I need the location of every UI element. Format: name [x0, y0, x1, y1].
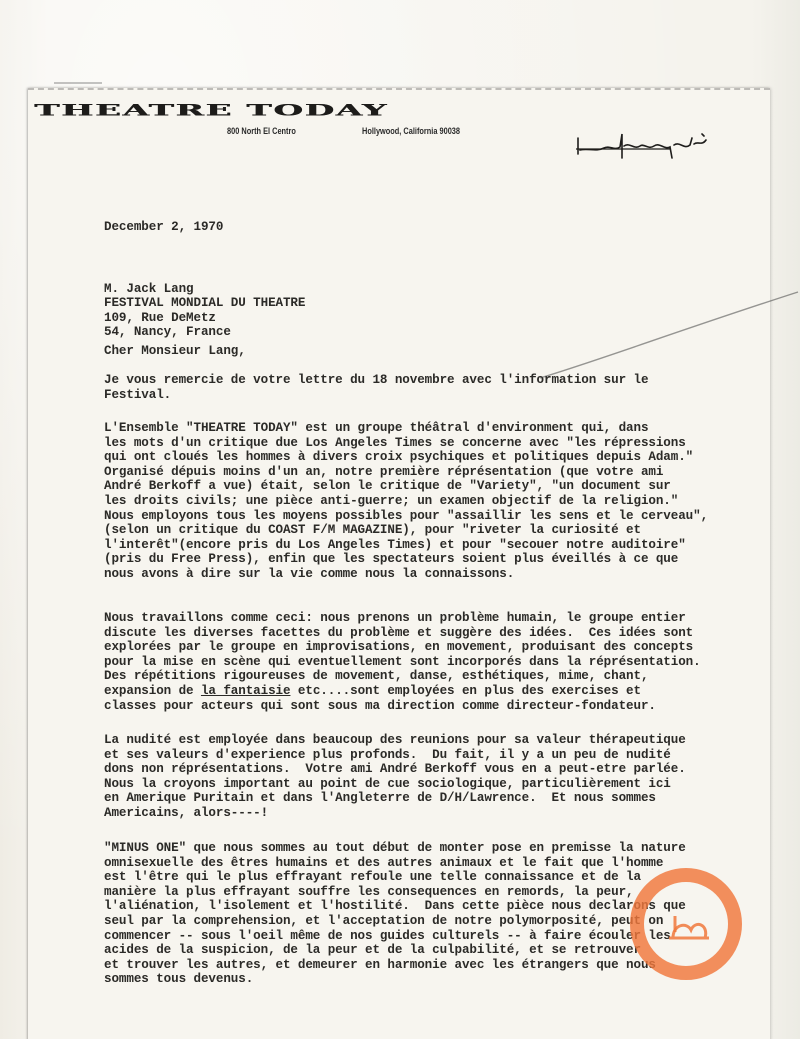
recipient-address: M. Jack Lang FESTIVAL MONDIAL DU THEATRE…: [104, 267, 305, 340]
recipient-city: 54, Nancy, France: [104, 325, 231, 339]
text-line: L'Ensemble "THEATRE TODAY" est un groupe…: [104, 421, 648, 435]
handwritten-annotation-icon: [574, 128, 714, 162]
paragraph-2: L'Ensemble "THEATRE TODAY" est un groupe…: [104, 421, 708, 582]
recipient-name: M. Jack Lang: [104, 282, 194, 296]
text-line: sommes tous devenus.: [104, 972, 253, 986]
text-line: classes pour acteurs qui sont sous ma di…: [104, 699, 656, 713]
text-line: manière la plus effrayant souffre les co…: [104, 885, 633, 899]
letterhead-street: 800 North El Centro: [227, 126, 296, 136]
stray-pen-mark: [540, 290, 800, 380]
stamp-emblem-icon: [665, 910, 713, 942]
text-line: seul par la comprehension, et l'acceptat…: [104, 914, 663, 928]
text-line: est l'être qui le plus effrayant refoule…: [104, 870, 641, 884]
text-line: l'interêt"(encore pris du Los Angeles Ti…: [104, 538, 686, 552]
paragraph-4: La nudité est employée dans beaucoup des…: [104, 733, 686, 821]
text-line: Organisé dépuis moins d'un an, notre pre…: [104, 465, 663, 479]
text-line: dons non réprésentations. Votre ami Andr…: [104, 762, 686, 776]
text-line: l'aliénation, l'isolement et l'hostilité…: [104, 899, 686, 913]
text-line: La nudité est employée dans beaucoup des…: [104, 733, 686, 747]
text-line: (selon un critique du COAST F/M MAGAZINE…: [104, 523, 641, 537]
text-line: Festival.: [104, 388, 171, 402]
text-line: les mots d'un critique due Los Angeles T…: [104, 436, 686, 450]
text-line: acides de la suspicion, de la peur et de…: [104, 943, 641, 957]
text-line: commencer -- sous l'oeil même de nos gui…: [104, 929, 671, 943]
text-line: discute les diverses facettes du problèm…: [104, 626, 693, 640]
text-line: et trouver les autres, et demeurer en ha…: [104, 958, 656, 972]
text-line: nous avons à dire sur la vie comme nous …: [104, 567, 514, 581]
text-line: en Amerique Puritain et dans l'Angleterr…: [104, 791, 656, 805]
paragraph-3: Nous travaillons comme ceci: nous prenon…: [104, 611, 701, 713]
text-line: pour la mise en scène qui eventuellement…: [104, 655, 701, 669]
paragraph-5: "MINUS ONE" que nous sommes au tout débu…: [104, 841, 686, 987]
underlined-phrase: la fantaisie: [201, 684, 291, 698]
text-line: omnisexuelle des êtres humains et des au…: [104, 856, 663, 870]
text-line: explorées par le groupe en improvisation…: [104, 640, 693, 654]
recipient-street: 109, Rue DeMetz: [104, 311, 216, 325]
text-line: Nous la croyons important au point de cu…: [104, 777, 671, 791]
text-line: Nous employons tous les moyens possibles…: [104, 509, 708, 523]
recipient-organization: FESTIVAL MONDIAL DU THEATRE: [104, 296, 305, 310]
letter-date: December 2, 1970: [104, 220, 223, 235]
text-line: les droits civils; une pièce anti-guerre…: [104, 494, 678, 508]
salutation: Cher Monsieur Lang,: [104, 344, 246, 359]
text-line: expansion de la fantaisie etc....sont em…: [104, 684, 641, 698]
text-line: (pris du Free Press), enfin que les spec…: [104, 552, 678, 566]
letterhead-city: Hollywood, California 90038: [362, 126, 460, 136]
text-line: "MINUS ONE" que nous sommes au tout débu…: [104, 841, 686, 855]
text-line: Des répétitions rigoureuses de movement,…: [104, 669, 648, 683]
letterhead-title: THEATRE TODAY: [34, 101, 388, 120]
text-line: André Berkoff a vue) était, selon le cri…: [104, 479, 671, 493]
text-line: Nous travaillons comme ceci: nous prenon…: [104, 611, 686, 625]
text-line: Americains, alors----!: [104, 806, 268, 820]
text-line: et ses valeurs d'experience plus profond…: [104, 748, 671, 762]
text-line: qui ont cloués les hommes à divers croix…: [104, 450, 693, 464]
paper-fold-mark: [54, 82, 102, 84]
